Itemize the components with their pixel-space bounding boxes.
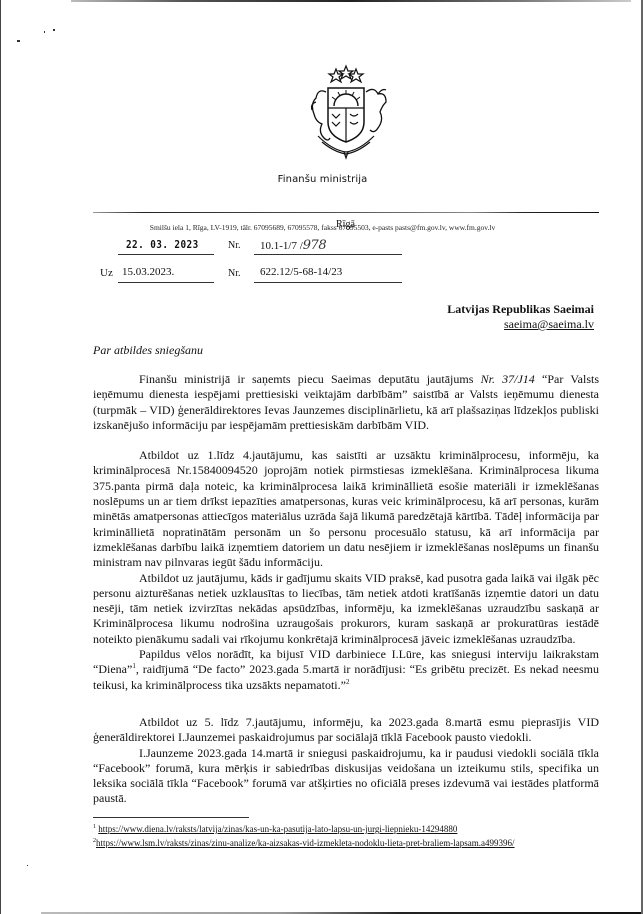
reference-number-field: 622.12/5-68-14/23: [254, 266, 402, 283]
paragraph-supervision: Atbildot uz jautājumu, kāds ir gadījumu …: [93, 571, 599, 647]
scan-speck: [53, 29, 55, 31]
document-date: 22. 03. 2023: [126, 238, 199, 251]
paragraph-explanation: I.Jaunzeme 2023.gada 14.martā ir sniegus…: [93, 746, 599, 807]
reference-date: 15.03.2023.: [122, 266, 174, 278]
scan-speck: [44, 31, 45, 33]
document-number-field: 10.1-1/7 /978: [254, 238, 402, 255]
footnote-ref-2[interactable]: 2: [346, 678, 350, 686]
scan-edge-top: [71, 0, 631, 2]
paragraph-intro: Finanšu ministrijā ir saņemts piecu Saei…: [93, 372, 599, 433]
paragraph-questions-1-4: Atbildot uz 1.līdz 4.jautājumu, kas sais…: [93, 448, 599, 570]
recipient-name: Latvijas Republikas Saeimai: [447, 302, 594, 317]
letter-body: Finanšu ministrijā ir saņemts piecu Saei…: [93, 372, 599, 807]
footnote-2: 2https://www.lsm.lv/raksts/zinas/zinu-an…: [93, 836, 599, 850]
reference-number: 622.12/5-68-14/23: [260, 266, 342, 278]
question-reference: Nr. 37/J14: [481, 372, 535, 386]
paragraph-questions-5-7: Atbildot uz 5. līdz 7.jautājumu, informē…: [93, 715, 599, 746]
document-date-field: 22. 03. 2023: [118, 238, 214, 255]
footnotes: 1 https://www.diena.lv/raksts/latvija/zi…: [93, 822, 599, 849]
paragraph-additional: Papildus vēlos norādīt, ka bijusī VID da…: [93, 647, 599, 693]
footnote-1: 1 https://www.diena.lv/raksts/latvija/zi…: [93, 822, 599, 836]
nr-label: Nr.: [228, 240, 241, 251]
scan-speck: [17, 40, 20, 42]
scan-speck: [27, 865, 28, 866]
reference-date-field: 15.03.2023.: [118, 266, 214, 283]
footnote-separator: [93, 817, 249, 818]
footnote-1-link[interactable]: https://www.diena.lv/raksts/latvija/zina…: [98, 824, 457, 834]
latvia-coat-of-arms-icon: [304, 62, 388, 172]
ministry-name: Finanšu ministrija: [1, 174, 643, 185]
recipient-block: Latvijas Republikas Saeimai saeima@saeim…: [447, 302, 594, 332]
ministry-address: Smilšu iela 1, Rīga, LV-1919, tālr. 6709…: [1, 223, 643, 232]
scanned-letter-page: Finanšu ministrija Smilšu iela 1, Rīga, …: [0, 0, 643, 914]
recipient-email[interactable]: saeima@saeima.lv: [447, 317, 594, 332]
letterhead-divider: [93, 212, 599, 213]
uz-label: Uz: [100, 267, 113, 279]
place-of-issue: Rīgā: [336, 219, 355, 230]
letter-subject: Par atbildes sniegšanu: [93, 343, 203, 358]
document-number-handwritten: 978: [303, 238, 326, 253]
ref-nr-label: Nr.: [228, 268, 241, 279]
footnote-2-link[interactable]: https://www.lsm.lv/raksts/zinas/zinu-ana…: [96, 838, 515, 848]
document-number-prefix: 10.1-1/7 /: [260, 240, 303, 252]
